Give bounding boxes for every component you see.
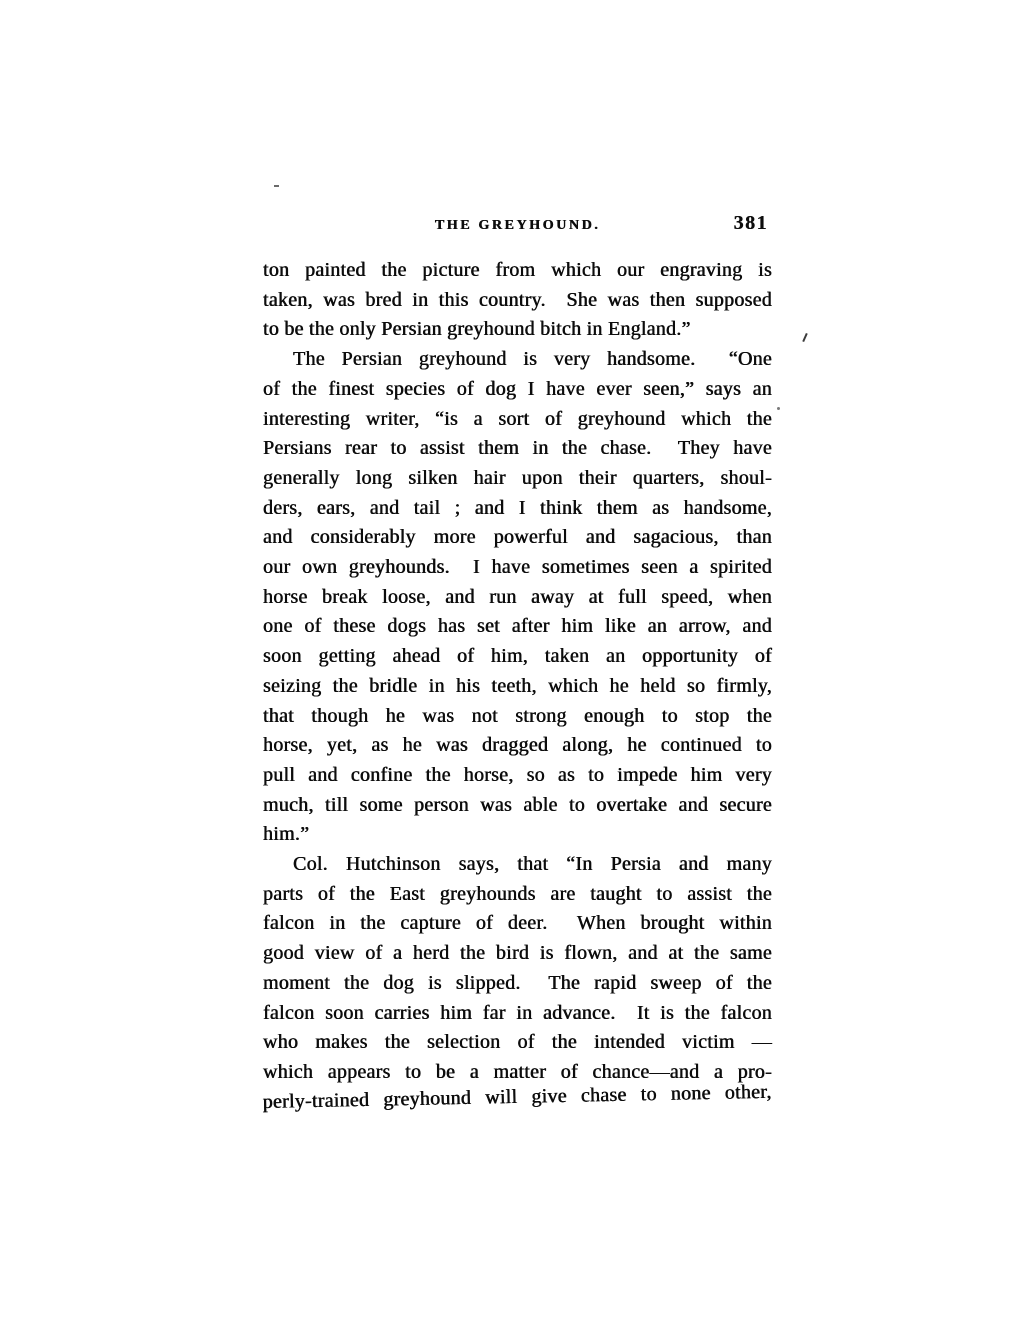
text-line: good view of a herd the bird is flown, a… bbox=[263, 939, 772, 969]
paragraph: The Persian greyhound is very handsome. … bbox=[263, 345, 772, 850]
running-header-title: THE GREYHOUND. bbox=[435, 218, 601, 234]
text-line: taken, was bred in this country. She was… bbox=[263, 286, 772, 316]
text-line: our own greyhounds. I have sometimes see… bbox=[263, 553, 772, 583]
text-line: pull and confine the horse, so as to imp… bbox=[263, 761, 772, 791]
book-page: THE GREYHOUND. 381 ton painted the pictu… bbox=[0, 0, 1033, 1339]
text-line: one of these dogs has set after him like… bbox=[263, 612, 772, 642]
text-line: horse, yet, as he was dragged along, he … bbox=[263, 731, 772, 761]
text-line: Persians rear to assist them in the chas… bbox=[263, 434, 772, 464]
text-line: seizing the bridle in his teeth, which h… bbox=[263, 672, 772, 702]
text-line: The Persian greyhound is very handsome. … bbox=[263, 345, 772, 375]
text-line: moment the dog is slipped. The rapid swe… bbox=[263, 969, 772, 999]
text-line: interesting writer, “is a sort of greyho… bbox=[263, 405, 772, 435]
scan-speck-dash bbox=[274, 185, 279, 187]
text-line: Col. Hutchinson says, that “In Persia an… bbox=[263, 850, 772, 880]
text-line: falcon in the capture of deer. When brou… bbox=[263, 909, 772, 939]
text-line: horse break loose, and run away at full … bbox=[263, 583, 772, 613]
text-line: and considerably more powerful and sagac… bbox=[263, 523, 772, 553]
scan-speck-slash bbox=[802, 333, 807, 342]
text-line: generally long silken hair upon their qu… bbox=[263, 464, 772, 494]
text-line: much, till some person was able to overt… bbox=[263, 791, 772, 821]
paragraph: Col. Hutchinson says, that “In Persia an… bbox=[263, 850, 772, 1117]
text-line: ton painted the picture from which our e… bbox=[263, 256, 772, 286]
text-line: falcon soon carries him far in advance. … bbox=[263, 999, 772, 1029]
text-line: that though he was not strong enough to … bbox=[263, 702, 772, 732]
text-line: him.” bbox=[263, 820, 772, 850]
text-line: parts of the East greyhounds are taught … bbox=[263, 880, 772, 910]
scan-speck-dot bbox=[777, 407, 780, 410]
text-line: ders, ears, and tail ; and I think them … bbox=[263, 494, 772, 524]
paragraph: ton painted the picture from which our e… bbox=[263, 256, 772, 345]
text-line: soon getting ahead of him, taken an oppo… bbox=[263, 642, 772, 672]
text-line: to be the only Persian greyhound bitch i… bbox=[263, 315, 772, 345]
running-header: THE GREYHOUND. 381 bbox=[263, 212, 772, 238]
text-line: of the finest species of dog I have ever… bbox=[263, 375, 772, 405]
text-line: who makes the selection of the intended … bbox=[263, 1028, 772, 1058]
page-text: ton painted the picture from which our e… bbox=[263, 256, 772, 1117]
page-number: 381 bbox=[734, 212, 769, 235]
